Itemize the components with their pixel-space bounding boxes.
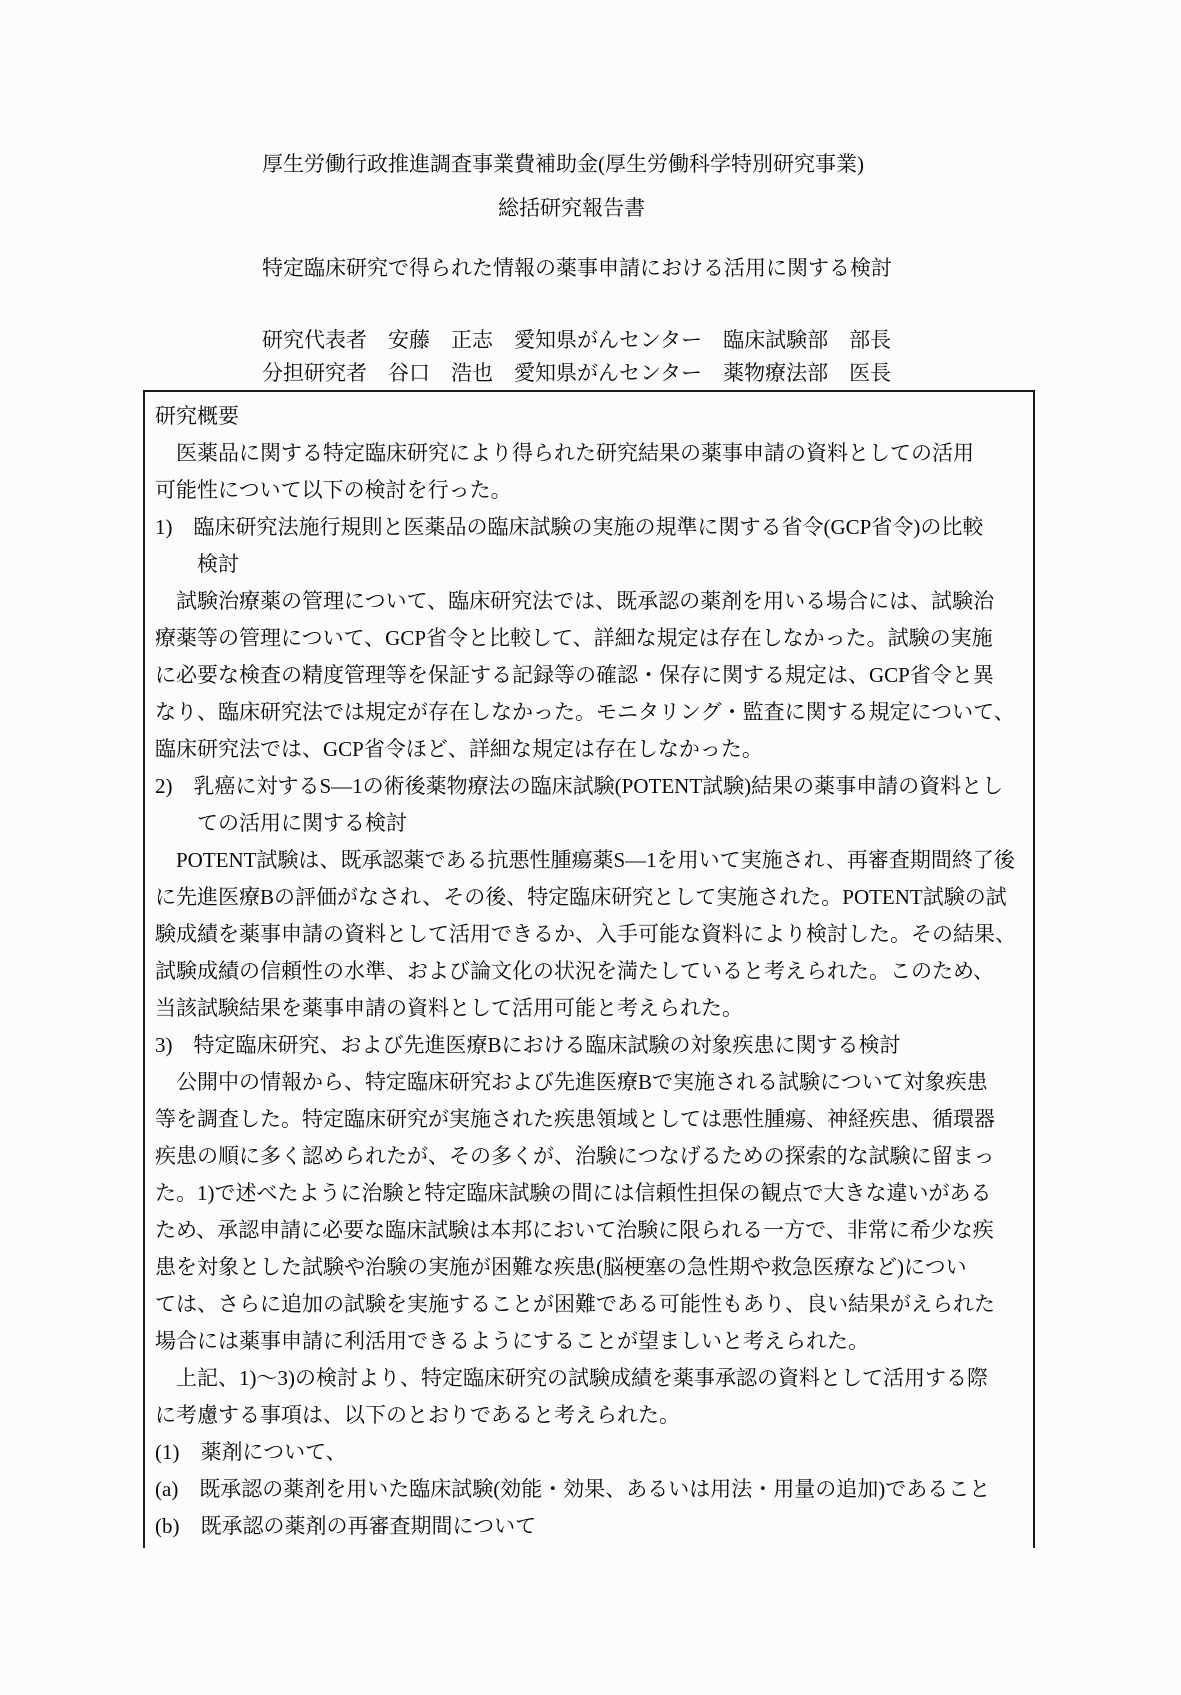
summary-line: に必要な検査の精度管理等を保証する記録等の確認・保存に関する規定は、GCP省令と… [155,657,1023,694]
summary-line: 公開中の情報から、特定臨床研究および先進医療Bで実施される試験について対象疾患 [155,1064,1023,1101]
summary-heading: 研究概要 [155,398,1023,435]
summary-line: 1) 臨床研究法施行規則と医薬品の臨床試験の実施の規準に関する省令(GCP省令)… [155,509,1023,546]
summary-line: 療薬等の管理について、GCP省令と比較して、詳細な規定は存在しなかった。試験の実… [155,620,1023,657]
summary-line: 等を調査した。特定臨床研究が実施された疾患領域としては悪性腫瘍、神経疾患、循環器 [155,1101,1023,1138]
summary-line: POTENT試験は、既承認薬である抗悪性腫瘍薬S―1を用いて実施され、再審査期間… [155,842,1023,879]
summary-line: なり、臨床研究法では規定が存在しなかった。モニタリング・監査に関する規定について… [155,694,1023,731]
summary-line: 2) 乳癌に対するS―1の術後薬物療法の臨床試験(POTENT試験)結果の薬事申… [155,768,1023,805]
summary-line: た。1)で述べたように治験と特定臨床試験の間には信頼性担保の観点で大きな違いがあ… [155,1175,1023,1212]
summary-line: に先進医療Bの評価がなされ、その後、特定臨床研究として実施された。POTENT試… [155,879,1023,916]
summary-line: 当該試験結果を薬事申請の資料として活用可能と考えられた。 [155,990,1023,1027]
summary-line: 上記、1)〜3)の検討より、特定臨床研究の試験成績を薬事承認の資料として活用する… [155,1360,1023,1397]
summary-line: ての活用に関する検討 [155,805,1023,842]
summary-line: 場合には薬事申請に利活用できるようにすることが望ましいと考えられた。 [155,1323,1023,1360]
summary-line: 可能性について以下の検討を行った。 [155,472,1023,509]
document-title: 特定臨床研究で得られた情報の薬事申請における活用に関する検討 [262,252,892,282]
summary-line: ては、さらに追加の試験を実施することが困難である可能性もあり、良い結果がえられた [155,1286,1023,1323]
summary-line: 臨床研究法では、GCP省令ほど、詳細な規定は存在しなかった。 [155,731,1023,768]
summary-line: 験成績を薬事申請の資料として活用できるか、入手可能な資料により検討した。その結果… [155,916,1023,953]
summary-line: ため、承認申請に必要な臨床試験は本邦において治験に限られる一方で、非常に希少な疾 [155,1212,1023,1249]
summary-line: 医薬品に関する特定臨床研究により得られた研究結果の薬事申請の資料としての活用 [155,435,1023,472]
summary-line: (a) 既承認の薬剤を用いた臨床試験(効能・効果、あるいは用法・用量の追加)であ… [155,1471,1023,1508]
co-investigator-line: 分担研究者 谷口 浩也 愛知県がんセンター 薬物療法部 医長 [262,357,891,387]
summary-line: 試験成績の信頼性の水準、および論文化の状況を満たしていると考えられた。このため、 [155,953,1023,990]
summary-box: 研究概要 医薬品に関する特定臨床研究により得られた研究結果の薬事申請の資料として… [143,390,1035,1548]
principal-investigator-line: 研究代表者 安藤 正志 愛知県がんセンター 臨床試験部 部長 [262,324,891,354]
summary-line: 患を対象とした試験や治験の実施が困難な疾患(脳梗塞の急性期や救急医療など)につい [155,1249,1023,1286]
summary-line: 疾患の順に多く認められたが、その多くが、治験につなげるための探索的な試験に留まっ [155,1138,1023,1175]
summary-line: 3) 特定臨床研究、および先進医療Bにおける臨床試験の対象疾患に関する検討 [155,1027,1023,1064]
summary-line: に考慮する事項は、以下のとおりであると考えられた。 [155,1397,1023,1434]
report-type: 総括研究報告書 [498,192,645,222]
report-page: { "header": { "program": "厚生労働行政推進調査事業費補… [0,0,1181,1695]
summary-line: (b) 既承認の薬剤の再審査期間について [155,1508,1023,1545]
summary-line: 検討 [155,546,1023,583]
program-name: 厚生労働行政推進調査事業費補助金(厚生労働科学特別研究事業) [262,148,864,178]
summary-line: 試験治療薬の管理について、臨床研究法では、既承認の薬剤を用いる場合には、試験治 [155,583,1023,620]
summary-line: (1) 薬剤について、 [155,1434,1023,1471]
